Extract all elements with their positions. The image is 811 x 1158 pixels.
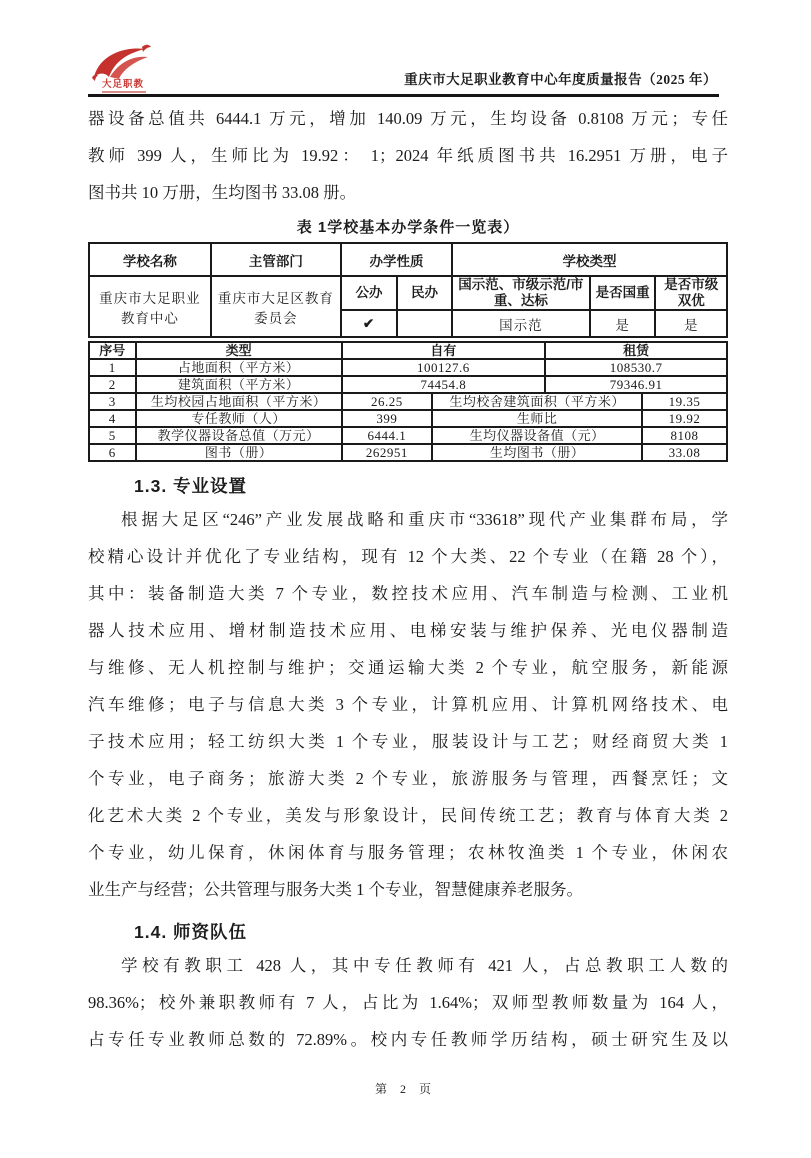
section-paragraph-1-4: 学校有教职工 428 人，其中专任教师有 421 人，占总教职工人数的98.36… xyxy=(88,947,728,1058)
th-public: 公办 xyxy=(341,276,397,310)
cell-city-double-value: 是 xyxy=(655,310,727,337)
table-title: 表 1学校基本办学条件一览表） xyxy=(88,216,728,237)
cell-label: 专任教师（人） xyxy=(136,410,342,427)
page-content: 器设备总值共 6444.1 万元，增加 140.09 万元，生均设备 0.810… xyxy=(88,100,728,1058)
cell-value2: 19.35 xyxy=(642,393,727,410)
school-logo: 大足职教 xyxy=(88,44,160,98)
text-line: 器设备总值共 6444.1 万元，增加 140.09 万元，生均设备 0.810… xyxy=(88,100,728,137)
cell-label: 占地面积（平方米） xyxy=(136,359,342,376)
th-demo-level: 国示范、市级示范/市重、达标 xyxy=(452,276,590,310)
text-line: 个专业，幼儿保育，休闲体育与服务管理；农林牧渔类 1 个专业，休闲农 xyxy=(88,834,728,871)
cell-no: 1 xyxy=(89,359,136,376)
th-school-name: 学校名称 xyxy=(89,243,211,276)
table-row: 5 教学仪器设备总值（万元） 6444.1 生均仪器设备值（元） 8108 xyxy=(89,427,727,444)
section-paragraph-1-3: 根据大足区“246”产业发展战略和重庆市“33618”现代产业集群布局，学校精心… xyxy=(88,501,728,908)
table-row: 序号 类型 自有 租赁 xyxy=(89,342,727,359)
page-number: 第 2 页 xyxy=(375,1082,436,1096)
table-row: 2 建筑面积（平方米） 74454.8 79346.91 xyxy=(89,376,727,393)
cell-label2: 生均仪器设备值（元） xyxy=(432,427,642,444)
school-conditions-table: 序号 类型 自有 租赁 1 占地面积（平方米） 100127.6 108530.… xyxy=(88,341,728,462)
cell-national-key-value: 是 xyxy=(590,310,656,337)
table-row: 3 生均校园占地面积（平方米） 26.25 生均校舍建筑面积（平方米） 19.3… xyxy=(89,393,727,410)
cell-no: 5 xyxy=(89,427,136,444)
cell-label: 建筑面积（平方米） xyxy=(136,376,342,393)
logo-text: 大足职教 xyxy=(102,76,160,90)
section-heading-1-4: 1.4. 师资队伍 xyxy=(134,919,728,944)
th-rented: 租赁 xyxy=(545,342,727,359)
text-line: 校精心设计并优化了专业结构，现有 12 个大类、22 个专业（在籍 28 个）， xyxy=(88,538,728,575)
cell-private-check xyxy=(397,310,452,337)
school-info-table: 学校名称 主管部门 办学性质 学校类型 重庆市大足职业教育中心 重庆市大足区教育… xyxy=(88,242,728,338)
intro-paragraph: 器设备总值共 6444.1 万元，增加 140.09 万元，生均设备 0.810… xyxy=(88,100,728,211)
text-line: 业生产与经营；公共管理与服务大类 1 个专业，智慧健康养老服务。 xyxy=(88,871,728,908)
logo-subtext-line xyxy=(102,91,146,93)
cell-value2: 79346.91 xyxy=(545,376,727,393)
cell-value1: 262951 xyxy=(342,444,433,461)
cell-value1: 74454.8 xyxy=(342,376,546,393)
table-row: 重庆市大足职业教育中心 重庆市大足区教育委员会 公办 民办 国示范、市级示范/市… xyxy=(89,276,727,310)
header-divider xyxy=(88,94,719,97)
text-line: 子技术应用；轻工纺织大类 1 个专业，服装设计与工艺；财经商贸大类 1 xyxy=(88,723,728,760)
text-line: 其中：装备制造大类 7 个专业，数控技术应用、汽车制造与检测、工业机 xyxy=(88,575,728,612)
table-row: 4 专任教师（人） 399 生师比 19.92 xyxy=(89,410,727,427)
document-page: 大足职教 重庆市大足职业教育中心年度质量报告（2025 年） 器设备总值共 64… xyxy=(0,0,811,1158)
text-line: 图书共 10 万册，生均图书 33.08 册。 xyxy=(88,174,728,211)
text-line: 占专任专业教师总数的 72.89%。校内专任教师学历结构，硕士研究生及以 xyxy=(88,1021,728,1058)
text-line: 根据大足区“246”产业发展战略和重庆市“33618”现代产业集群布局，学 xyxy=(88,501,728,538)
th-nature: 办学性质 xyxy=(341,243,452,276)
page-footer: 第 2 页 xyxy=(0,1080,811,1097)
text-line: 汽车维修；电子与信息大类 3 个专业，计算机应用、计算机网络技术、电 xyxy=(88,686,728,723)
text-line: 教师 399 人，生师比为 19.92： 1；2024 年纸质图书共 16.29… xyxy=(88,137,728,174)
cell-value2: 33.08 xyxy=(642,444,727,461)
cell-no: 3 xyxy=(89,393,136,410)
cell-no: 2 xyxy=(89,376,136,393)
cell-value1: 100127.6 xyxy=(342,359,546,376)
cell-label2: 生师比 xyxy=(432,410,642,427)
th-school-type: 学校类型 xyxy=(452,243,727,276)
cell-label2: 生均图书（册） xyxy=(432,444,642,461)
page-header: 大足职教 重庆市大足职业教育中心年度质量报告（2025 年） xyxy=(0,0,811,97)
th-national-key: 是否国重 xyxy=(590,276,656,310)
text-line: 个专业，电子商务；旅游大类 2 个专业，旅游服务与管理，西餐烹饪；文 xyxy=(88,760,728,797)
cell-demo-value: 国示范 xyxy=(452,310,590,337)
text-line: 化艺术大类 2 个专业，美发与形象设计，民间传统工艺；教育与体育大类 2 xyxy=(88,797,728,834)
cell-value1: 399 xyxy=(342,410,433,427)
th-authority: 主管部门 xyxy=(211,243,341,276)
text-line: 与维修、无人机控制与维护；交通运输大类 2 个专业，航空服务，新能源 xyxy=(88,649,728,686)
th-private: 民办 xyxy=(397,276,452,310)
table-row: 6 图书（册） 262951 生均图书（册） 33.08 xyxy=(89,444,727,461)
cell-authority: 重庆市大足区教育委员会 xyxy=(211,276,341,337)
text-line: 98.36%；校外兼职教师有 7 人，占比为 1.64%；双师型教师数量为 16… xyxy=(88,984,728,1021)
cell-public-check: ✔ xyxy=(341,310,397,337)
cell-no: 4 xyxy=(89,410,136,427)
cell-school-name: 重庆市大足职业教育中心 xyxy=(89,276,211,337)
report-title: 重庆市大足职业教育中心年度质量报告（2025 年） xyxy=(404,68,717,88)
cell-value2: 8108 xyxy=(642,427,727,444)
cell-value2: 108530.7 xyxy=(545,359,727,376)
th-owned: 自有 xyxy=(342,342,546,359)
cell-label: 图书（册） xyxy=(136,444,342,461)
th-row-no: 序号 xyxy=(89,342,136,359)
cell-label: 生均校园占地面积（平方米） xyxy=(136,393,342,410)
th-type: 类型 xyxy=(136,342,342,359)
cell-no: 6 xyxy=(89,444,136,461)
cell-value1: 26.25 xyxy=(342,393,433,410)
table-row: 1 占地面积（平方米） 100127.6 108530.7 xyxy=(89,359,727,376)
table-row: 学校名称 主管部门 办学性质 学校类型 xyxy=(89,243,727,276)
cell-label2: 生均校舍建筑面积（平方米） xyxy=(432,393,642,410)
cell-value1: 6444.1 xyxy=(342,427,433,444)
th-city-double: 是否市级双优 xyxy=(655,276,727,310)
text-line: 学校有教职工 428 人，其中专任教师有 421 人，占总教职工人数的 xyxy=(88,947,728,984)
cell-value2: 19.92 xyxy=(642,410,727,427)
text-line: 器人技术应用、增材制造技术应用、电梯安装与维护保养、光电仪器制造 xyxy=(88,612,728,649)
section-heading-1-3: 1.3. 专业设置 xyxy=(134,473,728,498)
cell-label: 教学仪器设备总值（万元） xyxy=(136,427,342,444)
